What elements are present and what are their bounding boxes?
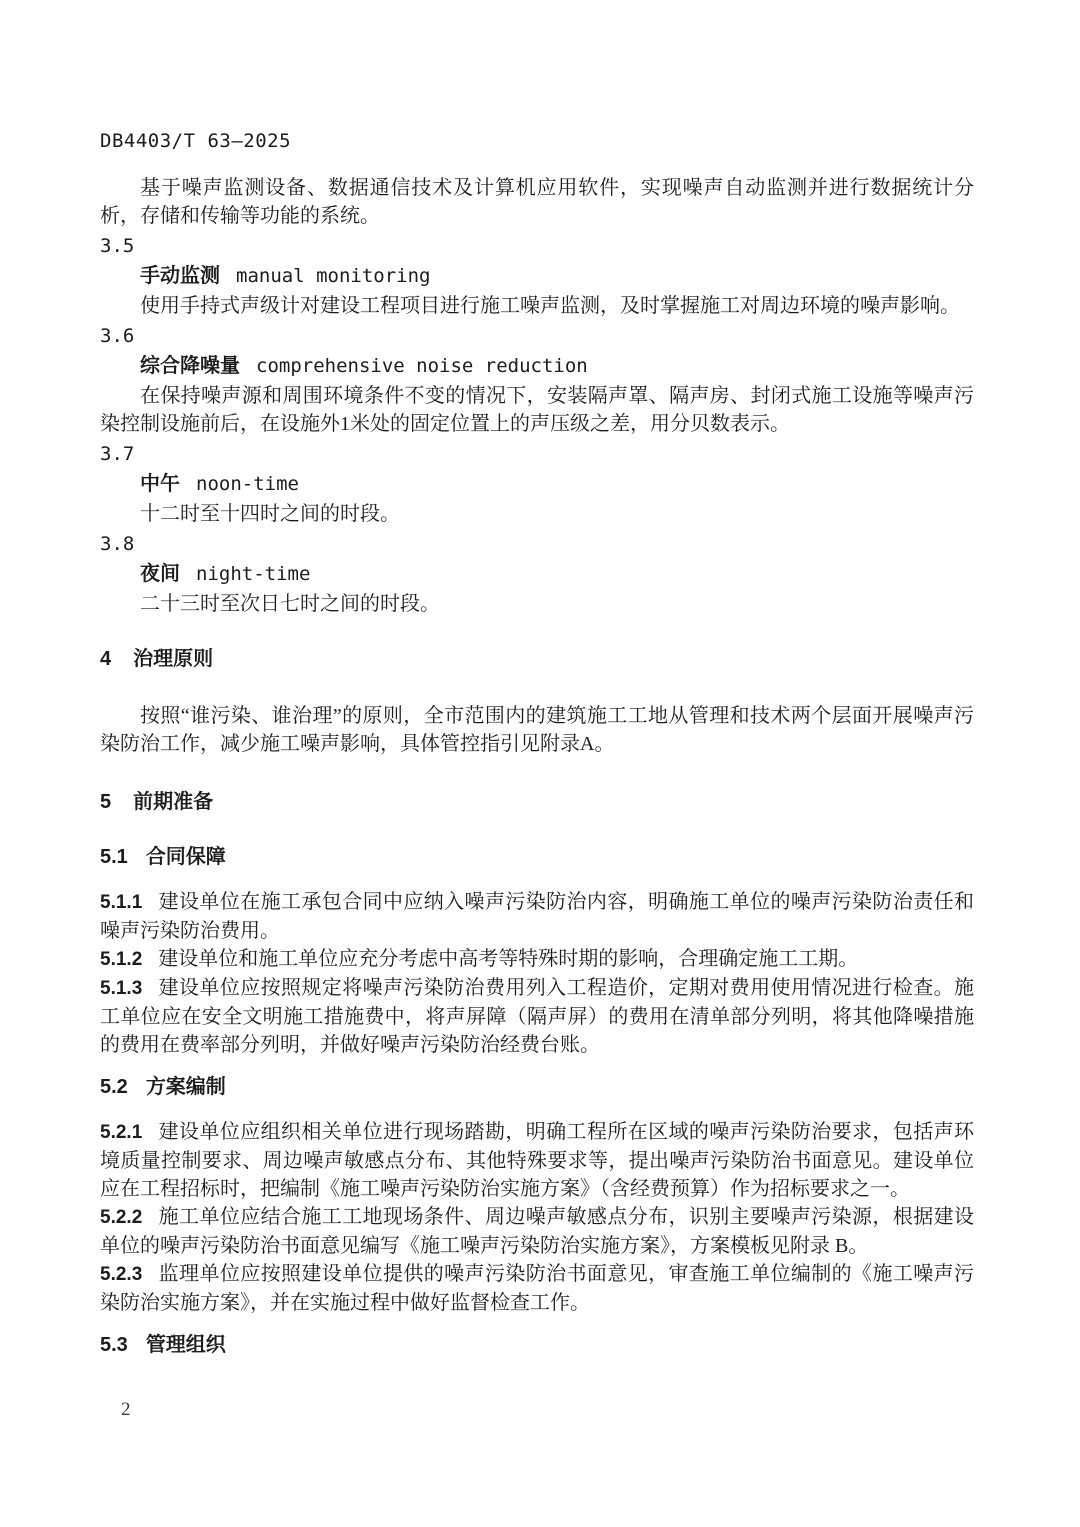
clause-5-2-1: 5.2.1建设单位应组织相关单位进行现场踏勘，明确工程所在区域的噪声污染防治要求… bbox=[100, 1118, 974, 1203]
clause-5-2-3-number: 5.2.3 bbox=[100, 1264, 142, 1285]
clause-5-1-1: 5.1.1建设单位在施工承包合同中应纳入噪声污染防治内容，明确施工单位的噪声污染… bbox=[100, 888, 974, 945]
term-3-5-title: 手动监测manual monitoring bbox=[100, 262, 974, 292]
section-5-2-title: 方案编制 bbox=[146, 1076, 226, 1098]
clause-5-1-3: 5.1.3建设单位应按照规定将噪声污染防治费用列入工程造价，定期对费用使用情况进… bbox=[100, 974, 974, 1059]
term-3-7-title: 中午noon-time bbox=[100, 470, 974, 500]
term-3-5-number: 3.5 bbox=[100, 232, 974, 260]
term-3-6-definition: 在保持噪声源和周围环境条件不变的情况下，安装隔声罩、隔声房、封闭式施工设施等噪声… bbox=[100, 382, 974, 438]
term-3-7-en: noon-time bbox=[196, 473, 299, 495]
clause-5-2-3: 5.2.3监理单位应按照建设单位提供的噪声污染防治书面意见，审查施工单位编制的《… bbox=[100, 1260, 974, 1317]
clause-5-1-2-text: 建设单位和施工单位应充分考虑中高考等特殊时期的影响，合理确定施工工期。 bbox=[158, 948, 858, 970]
page-number: 2 bbox=[121, 1396, 131, 1424]
term-3-7-zh: 中午 bbox=[140, 473, 180, 495]
page-content: DB4403/T 63—2025 基于噪声监测设备、数据通信技术及计算机应用软件… bbox=[0, 0, 1080, 1359]
term-3-8-title: 夜间night-time bbox=[100, 560, 974, 590]
clause-5-2-2-number: 5.2.2 bbox=[100, 1207, 142, 1228]
section-5-1-title: 合同保障 bbox=[146, 846, 226, 868]
term-3-8-zh: 夜间 bbox=[140, 563, 180, 585]
clause-5-1-2: 5.1.2建设单位和施工单位应充分考虑中高考等特殊时期的影响，合理确定施工工期。 bbox=[100, 945, 974, 974]
term-3-6-title: 综合降噪量comprehensive noise reduction bbox=[100, 352, 974, 382]
section-5-3-heading: 5.3管理组织 bbox=[100, 1331, 974, 1359]
section-5-3-title: 管理组织 bbox=[146, 1334, 226, 1356]
term-3-6-zh: 综合降噪量 bbox=[140, 355, 240, 377]
clause-5-1-1-text: 建设单位在施工承包合同中应纳入噪声污染防治内容，明确施工单位的噪声污染防治责任和… bbox=[100, 891, 974, 942]
section-5-heading: 5前期准备 bbox=[100, 788, 974, 816]
term-3-7-number: 3.7 bbox=[100, 440, 974, 468]
clause-5-1-3-text: 建设单位应按照规定将噪声污染防治费用列入工程造价，定期对费用使用情况进行检查。施… bbox=[100, 977, 974, 1056]
section-4-heading: 4治理原则 bbox=[100, 645, 974, 673]
term-3-8-number: 3.8 bbox=[100, 530, 974, 558]
clause-5-2-3-text: 监理单位应按照建设单位提供的噪声污染防治书面意见，审查施工单位编制的《施工噪声污… bbox=[100, 1263, 974, 1314]
doc-code-header: DB4403/T 63—2025 bbox=[100, 127, 974, 155]
section-4-number: 4 bbox=[100, 645, 111, 673]
section-4-paragraph: 按照“谁污染、谁治理”的原则，全市范围内的建筑施工工地从管理和技术两个层面开展噪… bbox=[100, 702, 974, 758]
section-5-1-number: 5.1 bbox=[100, 843, 128, 871]
term-3-6-number: 3.6 bbox=[100, 322, 974, 350]
section-5-3-number: 5.3 bbox=[100, 1331, 128, 1359]
clause-5-1-1-number: 5.1.1 bbox=[100, 892, 142, 913]
section-5-number: 5 bbox=[100, 788, 111, 816]
term-3-8-en: night-time bbox=[196, 563, 310, 585]
section-5-2-number: 5.2 bbox=[100, 1073, 128, 1101]
term-3-5-definition: 使用手持式声级计对建设工程项目进行施工噪声监测，及时掌握施工对周边环境的噪声影响… bbox=[100, 292, 974, 320]
section-5-1-heading: 5.1合同保障 bbox=[100, 843, 974, 871]
term-3-8-definition: 二十三时至次日七时之间的时段。 bbox=[100, 590, 974, 618]
section-5-2-heading: 5.2方案编制 bbox=[100, 1073, 974, 1101]
clause-5-2-1-text: 建设单位应组织相关单位进行现场踏勘，明确工程所在区域的噪声污染防治要求，包括声环… bbox=[100, 1121, 974, 1200]
section-5-title: 前期准备 bbox=[133, 791, 213, 813]
document-page: DB4403/T 63—2025 基于噪声监测设备、数据通信技术及计算机应用软件… bbox=[0, 0, 1080, 1527]
clause-5-1-3-number: 5.1.3 bbox=[100, 978, 142, 999]
section-4-title: 治理原则 bbox=[133, 648, 213, 670]
clause-5-2-1-number: 5.2.1 bbox=[100, 1122, 142, 1143]
term-3-7-definition: 十二时至十四时之间的时段。 bbox=[100, 500, 974, 528]
clause-5-2-2: 5.2.2施工单位应结合施工工地现场条件、周边噪声敏感点分布，识别主要噪声污染源… bbox=[100, 1203, 974, 1260]
term-3-4-definition-continued: 基于噪声监测设备、数据通信技术及计算机应用软件，实现噪声自动监测并进行数据统计分… bbox=[100, 174, 974, 230]
term-3-5-en: manual monitoring bbox=[236, 265, 430, 287]
term-3-6-en: comprehensive noise reduction bbox=[256, 355, 588, 377]
clause-5-2-2-text: 施工单位应结合施工工地现场条件、周边噪声敏感点分布，识别主要噪声污染源，根据建设… bbox=[100, 1206, 974, 1257]
clause-5-1-2-number: 5.1.2 bbox=[100, 949, 142, 970]
term-3-5-zh: 手动监测 bbox=[140, 265, 220, 287]
